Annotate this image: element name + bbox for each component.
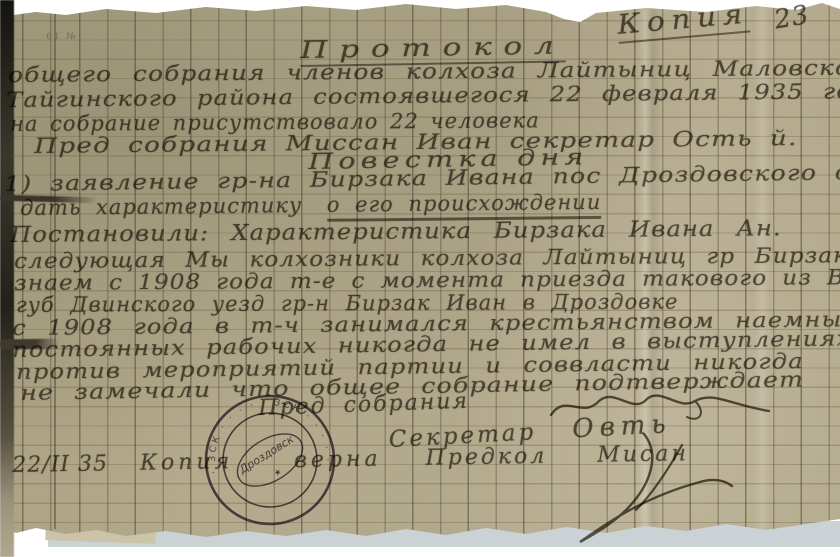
certification-date: 22/II 35 bbox=[12, 451, 108, 478]
agenda-item-line: дать характеристику о его происхождении bbox=[20, 190, 601, 220]
signer-tail-flourish bbox=[630, 440, 690, 515]
printed-form-mark: 61 № bbox=[46, 32, 78, 42]
stamp-star-icon: ★ bbox=[272, 467, 283, 478]
page-number: 23 bbox=[772, 0, 812, 36]
agenda-underlined-text: о его происхождении bbox=[327, 190, 602, 222]
agenda-item-text: дать характеристику bbox=[20, 193, 302, 220]
scanned-document: Копия 23 61 № Протокол общего собрания ч… bbox=[0, 0, 840, 557]
